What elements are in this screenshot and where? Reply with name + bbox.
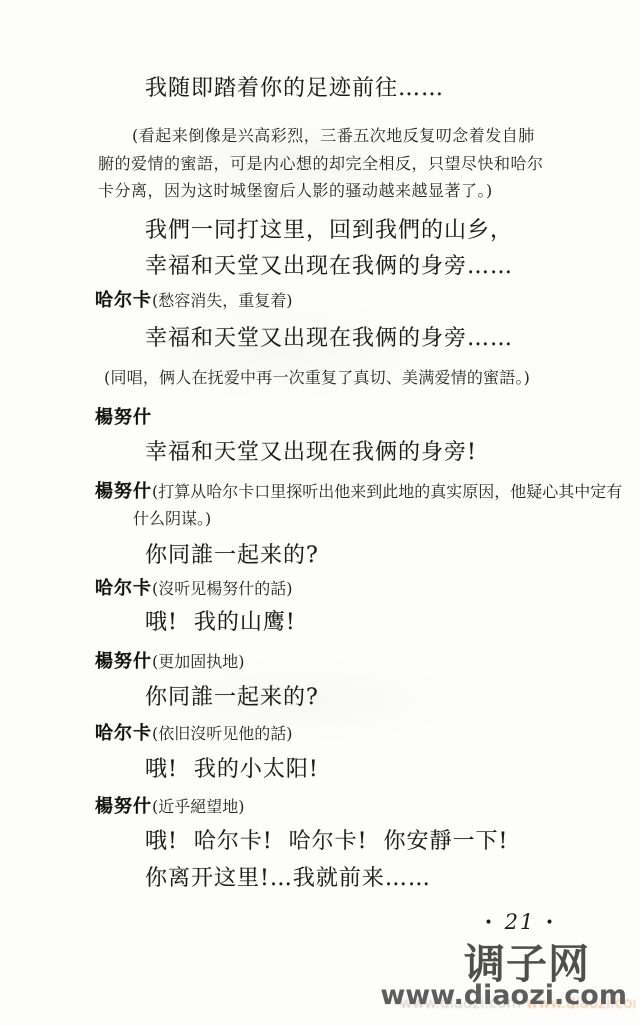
speaker-line: 楊努什(近乎絕望地): [133, 793, 625, 820]
dialogue-line: 哦! 我的小太阳!: [145, 755, 615, 785]
speaker-stage-direction: (打算从哈尔卡口里探听出他来到此地的真实原因，他疑心其中定有什么阴谋。): [133, 482, 622, 528]
speaker-name: 哈尔卡: [95, 290, 152, 311]
dialogue-line: 你离开这里!…我就前来……: [145, 864, 615, 894]
stage-direction: (同唱，俩人在抚爱中再一次重复了真切、美满爱情的蜜語。): [104, 366, 604, 390]
speaker-name: 哈尔卡: [95, 578, 152, 599]
stage-direction: (看起来倒像是兴高彩烈，三番五次地反复叨念着发自肺腑的爱情的蜜語，可是内心想的却…: [98, 122, 550, 205]
dialogue-line: 哦! 我的山鹰!: [145, 608, 615, 638]
dialogue-line: 我随即踏着你的足迹前往……: [145, 74, 615, 104]
dialogue-line: 我們一同打这里，回到我們的山乡，: [145, 216, 615, 246]
speaker-line: 哈尔卡(依旧沒听见他的話): [133, 720, 625, 747]
dialogue-line: 幸福和天堂又出现在我俩的身旁……: [145, 252, 615, 282]
speaker-name: 楊努什: [95, 481, 152, 502]
speaker-line: 哈尔卡(沒听见楊努什的話): [133, 575, 625, 602]
watermark-site-url: www.diaozi.com: [380, 981, 627, 1011]
dialogue-line: 幸福和天堂又出现在我俩的身旁……: [145, 324, 615, 354]
book-page: 我随即踏着你的足迹前往……(看起来倒像是兴高彩烈，三番五次地反复叨念着发自肺腑的…: [0, 0, 640, 1025]
dialogue-line: 哦! 哈尔卡! 哈尔卡! 你安靜一下!: [145, 827, 615, 857]
page-number: •21•: [455, 910, 585, 934]
dialogue-line: 幸福和天堂又出现在我俩的身旁!: [145, 438, 615, 468]
page-number-right-dot: •: [535, 915, 565, 931]
speaker-name: 楊努什: [95, 796, 152, 817]
speaker-line: 楊努什: [133, 404, 625, 431]
speaker-stage-direction: (沒听见楊努什的話): [152, 579, 293, 598]
speaker-line: 楊努什(更加固执地): [133, 648, 625, 675]
speaker-stage-direction: (依旧沒听见他的話): [152, 724, 293, 743]
dialogue-line: 你同誰一起来的?: [145, 683, 615, 713]
speaker-name: 楊努什: [95, 407, 152, 428]
speaker-stage-direction: (近乎絕望地): [152, 797, 245, 816]
speaker-stage-direction: (更加固执地): [152, 652, 245, 671]
page-number-left-dot: •: [474, 915, 504, 931]
speaker-name: 哈尔卡: [95, 723, 152, 744]
speaker-line: 哈尔卡(愁容消失，重复着): [133, 287, 625, 314]
dialogue-line: 你同誰一起来的?: [145, 541, 615, 571]
page-number-value: 21: [505, 910, 536, 934]
speaker-line: 楊努什(打算从哈尔卡口里探听出他来到此地的真实原因，他疑心其中定有什么阴谋。): [133, 478, 625, 532]
speaker-name: 楊努什: [95, 651, 152, 672]
speaker-stage-direction: (愁容消失，重复着): [152, 291, 293, 310]
